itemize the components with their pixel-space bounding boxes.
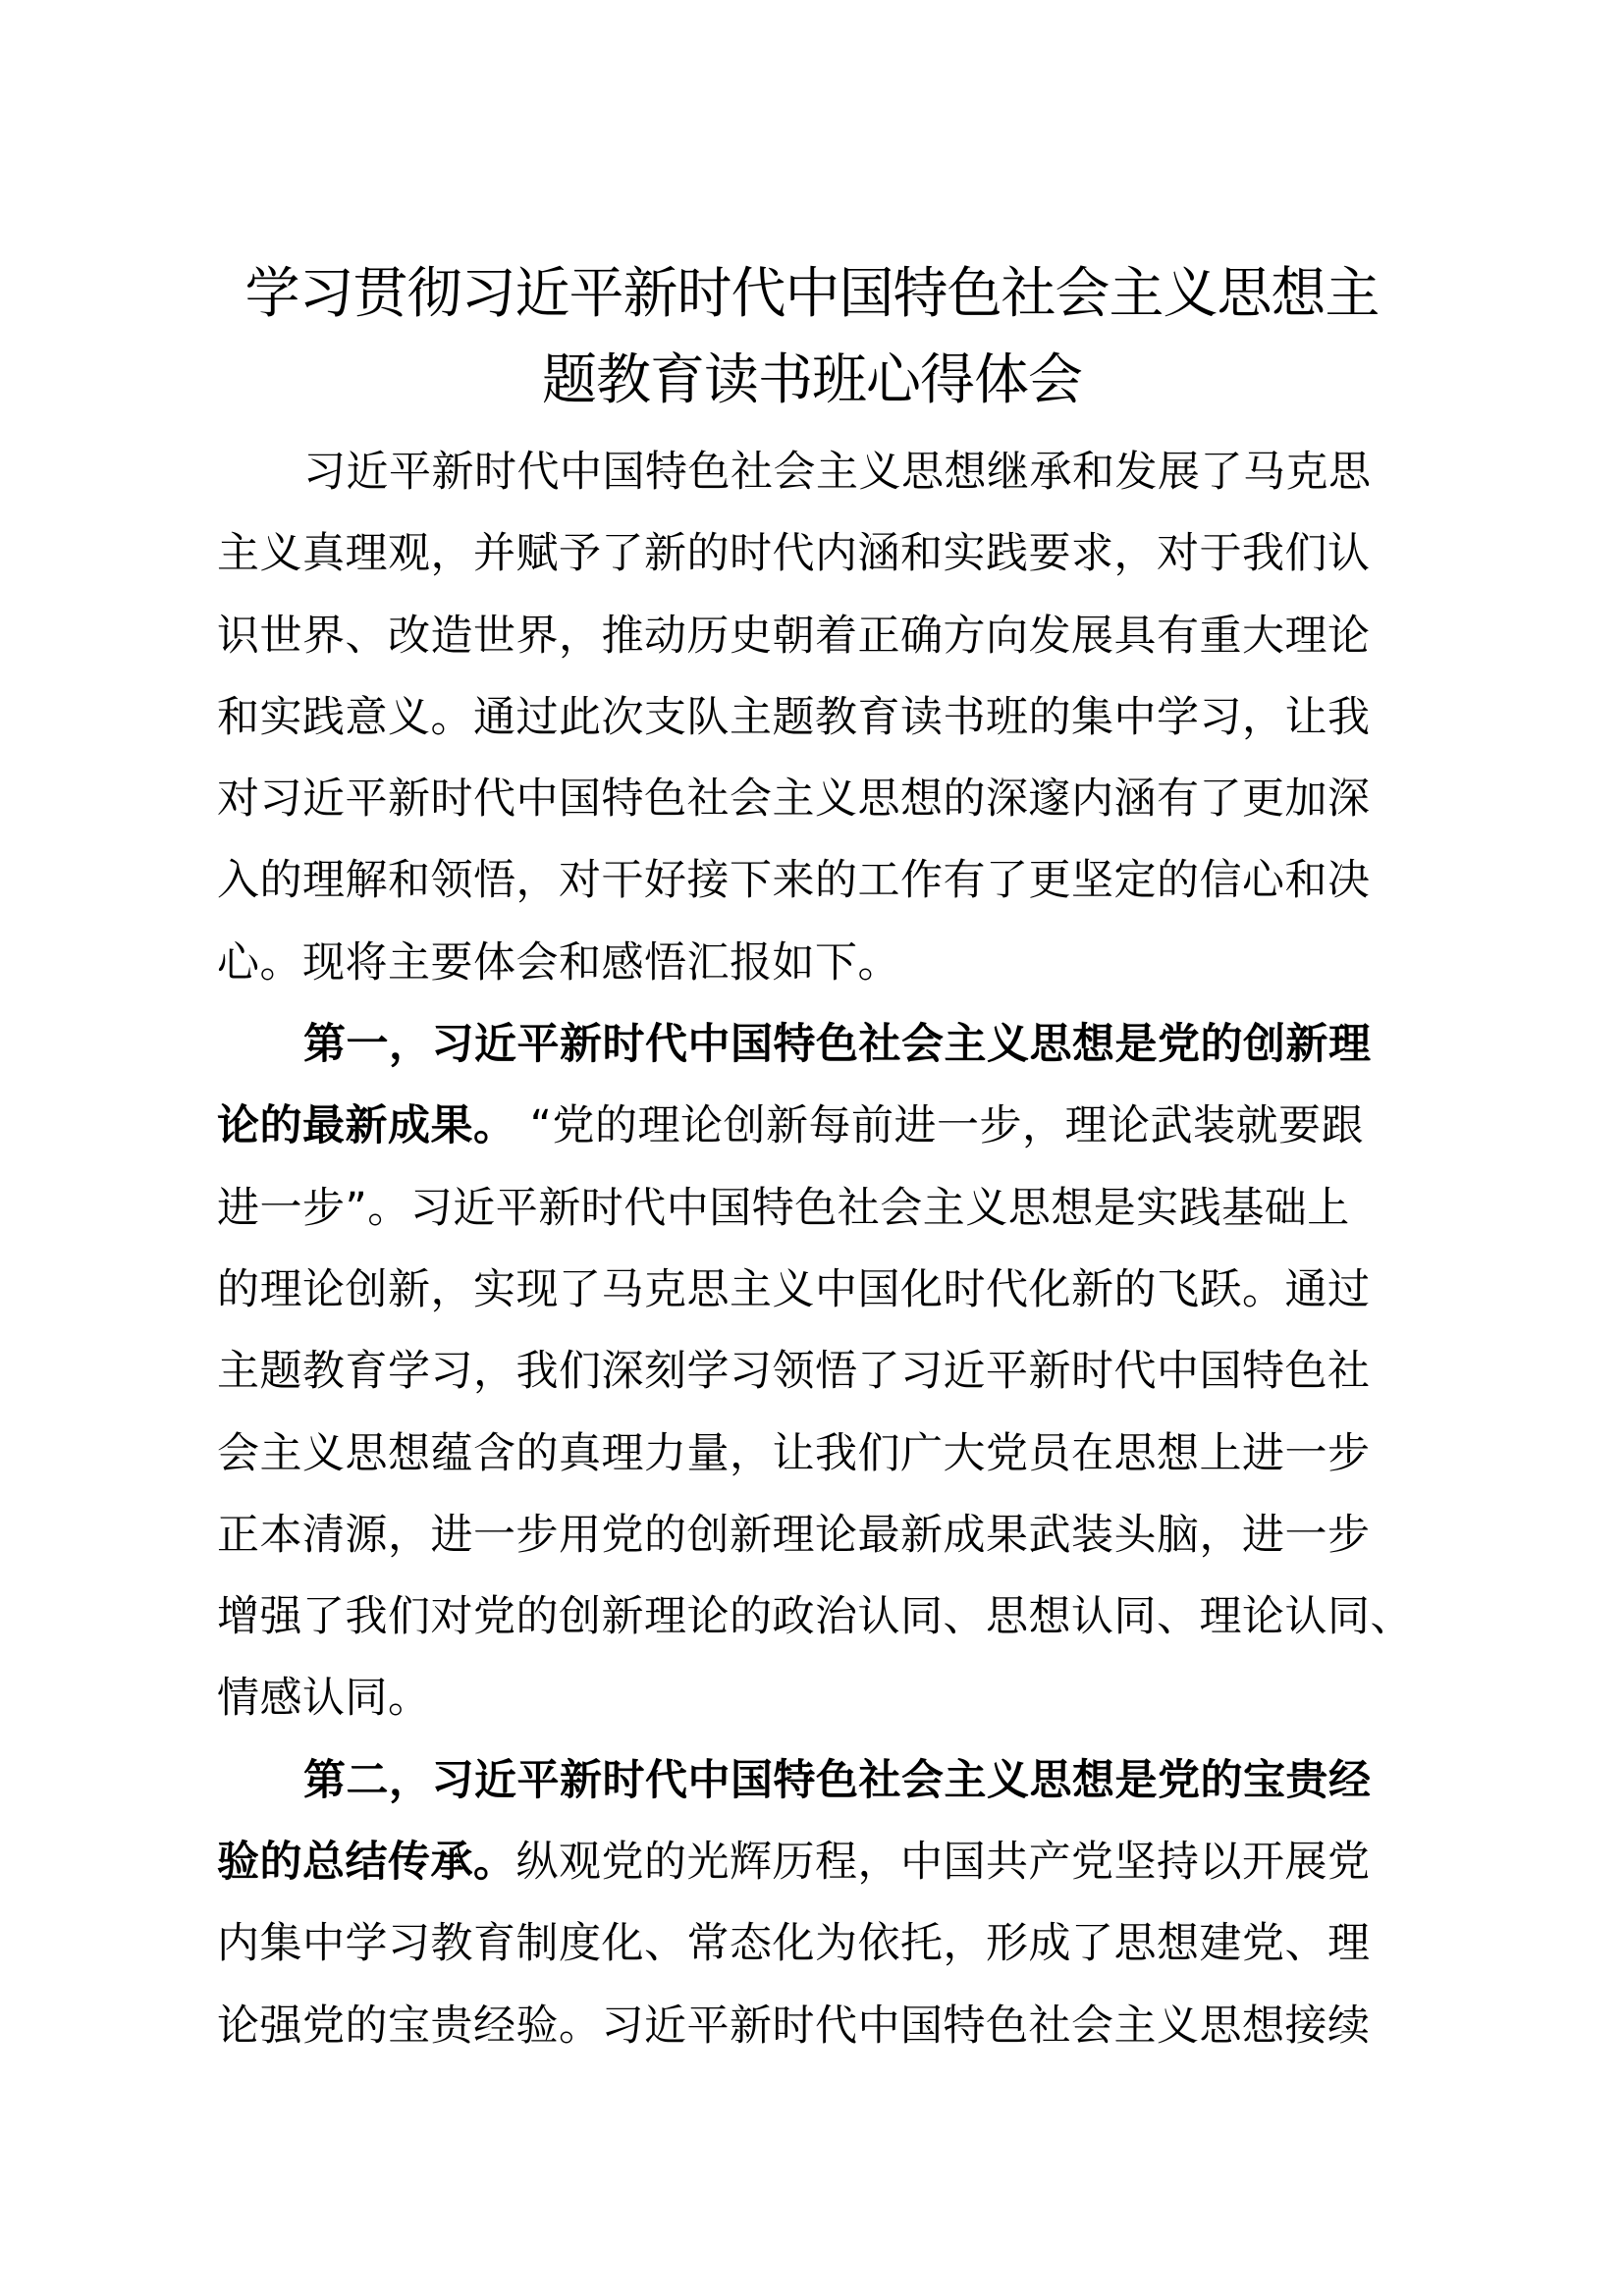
- text-line: 内集中学习教育制度化、常态化为依托，形成了思想建党、理: [217, 1903, 1435, 1985]
- text-line: 论强党的宝贵经验。习近平新时代中国特色社会主义思想接续: [217, 1986, 1435, 2067]
- intro-paragraph: 习近平新时代中国特色社会主义思想继承和发展了马克思 主义真理观，并赋予了新的时代…: [217, 432, 1435, 1004]
- section-1-heading: 第一，习近平新时代中国特色社会主义思想是党的创新理: [217, 1004, 1435, 1086]
- text-line: 和实践意义。通过此次支队主题教育读书班的集中学习，让我: [217, 677, 1435, 759]
- section-2-heading: 第二，习近平新时代中国特色社会主义思想是党的宝贵经: [217, 1740, 1435, 1822]
- document-body: 习近平新时代中国特色社会主义思想继承和发展了马克思 主义真理观，并赋予了新的时代…: [217, 432, 1435, 2067]
- text-line: 情感认同。: [217, 1658, 1435, 1739]
- text-line: 主义真理观，并赋予了新的时代内涵和实践要求，对于我们认: [217, 513, 1435, 595]
- text-line: 验的总结传承。纵观党的光辉历程，中国共产党坚持以开展党: [217, 1822, 1435, 1903]
- text-line: 增强了我们对党的创新理论的政治认同、思想认同、理论认同、: [217, 1576, 1435, 1658]
- section-1-heading-end: 论的最新成果。: [217, 1101, 516, 1150]
- text-line: 心。现将主要体会和感悟汇报如下。: [217, 923, 1435, 1004]
- title-line-2: 题教育读书班心得体会: [196, 338, 1428, 424]
- text-line: 对习近平新时代中国特色社会主义思想的深邃内涵有了更加深: [217, 759, 1435, 840]
- body-text: 纵观党的光辉历程，中国共产党坚持以开展党: [516, 1838, 1371, 1887]
- text-line: 入的理解和领悟，对干好接下来的工作有了更坚定的信心和决: [217, 840, 1435, 922]
- text-line: 正本清源，进一步用党的创新理论最新成果武装头脑，进一步: [217, 1495, 1435, 1576]
- document-page: 学习贯彻习近平新时代中国特色社会主义思想主 题教育读书班心得体会 习近平新时代中…: [0, 0, 1624, 2296]
- text-line: 习近平新时代中国特色社会主义思想继承和发展了马克思: [217, 432, 1435, 513]
- quote-text: “党的理论创新每前进一步，理论武装就要跟: [516, 1101, 1364, 1150]
- title-line-1: 学习贯彻习近平新时代中国特色社会主义思想主: [196, 251, 1428, 338]
- text-line: 识世界、改造世界，推动历史朝着正确方向发展具有重大理论: [217, 596, 1435, 677]
- section-1-paragraph: 第一，习近平新时代中国特色社会主义思想是党的创新理 论的最新成果。 “党的理论创…: [217, 1004, 1435, 1740]
- text-line: 主题教育学习，我们深刻学习领悟了习近平新时代中国特色社: [217, 1331, 1435, 1413]
- text-line: 会主义思想蕴含的真理力量，让我们广大党员在思想上进一步: [217, 1414, 1435, 1495]
- text-line: 的理论创新，实现了马克思主义中国化时代化新的飞跃。通过: [217, 1250, 1435, 1331]
- text-line: 论的最新成果。 “党的理论创新每前进一步，理论武装就要跟: [217, 1086, 1435, 1167]
- section-2-heading-end: 验的总结传承。: [217, 1838, 516, 1887]
- text-line: 进一步”。习近平新时代中国特色社会主义思想是实践基础上: [217, 1168, 1435, 1250]
- section-2-paragraph: 第二，习近平新时代中国特色社会主义思想是党的宝贵经 验的总结传承。纵观党的光辉历…: [217, 1740, 1435, 2067]
- document-title: 学习贯彻习近平新时代中国特色社会主义思想主 题教育读书班心得体会: [196, 251, 1428, 424]
